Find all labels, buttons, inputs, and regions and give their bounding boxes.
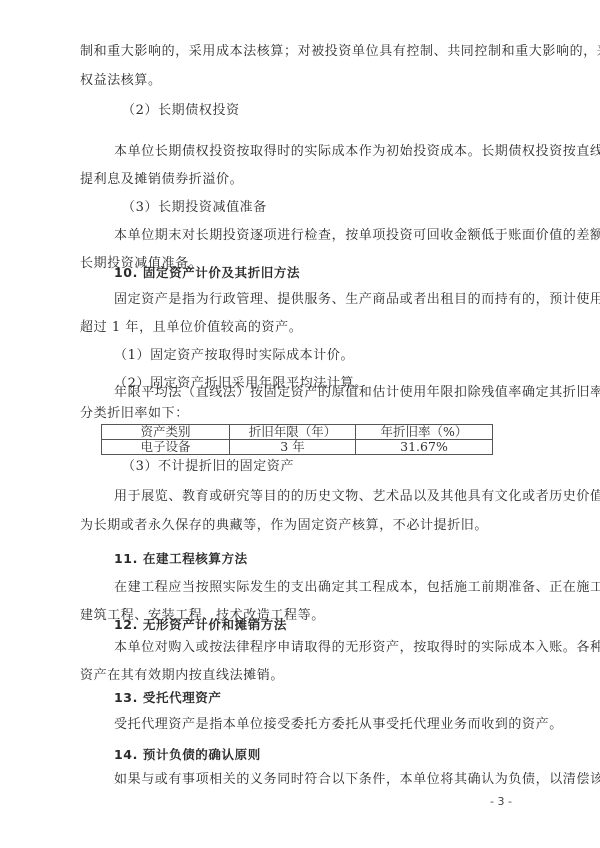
- section-heading-13: 13. 受托代理资产: [114, 690, 554, 706]
- paragraph-line: 受托代理资产是指本单位接受委托方委托从事受托代理业务而收到的资产。: [114, 717, 554, 733]
- paragraph-line: 本单位期末对长期投资逐项进行检查，按单项投资可回收金额低于账面价值的差额计提: [114, 228, 554, 244]
- depreciation-table: 资产类别 折旧年限（年） 年折旧率（%） 电子设备 3 年 31.67%: [101, 424, 493, 455]
- paragraph-line: 如果与或有事项相关的义务同时符合以下条件，本单位将其确认为负债，以清偿该负债: [114, 772, 554, 788]
- section-heading-12: 12. 无形资产计价和摊销方法: [114, 617, 554, 633]
- paragraph-line: 资产在其有效期内按直线法摊销。: [80, 668, 520, 684]
- table-cell: 电子设备: [102, 440, 230, 455]
- paragraph-line: 权益法核算。: [80, 73, 520, 89]
- subsection-title: （3）不计提折旧的固定资产: [122, 459, 562, 475]
- paragraph-line: 为长期或者永久保存的典藏等，作为固定资产核算，不必计提折旧。: [80, 518, 520, 534]
- table-header-cell: 年折旧率（%）: [356, 425, 493, 440]
- paragraph-line: 本单位对购入或按法律程序申请取得的无形资产，按取得时的实际成本入账。各种无形: [114, 640, 554, 656]
- paragraph-line: 制和重大影响的，采用成本法核算；对被投资单位具有控制、共同控制和重大影响的，采用: [80, 44, 520, 60]
- table-cell: 3 年: [230, 440, 356, 455]
- page-number: - 3 -: [490, 795, 512, 808]
- table-cell: 31.67%: [356, 440, 493, 455]
- subsection-title: （3）长期投资减值准备: [122, 200, 562, 216]
- paragraph-line: （1）固定资产按取得时实际成本计价。: [114, 348, 554, 364]
- table-header-cell: 资产类别: [102, 425, 230, 440]
- table-header-cell: 折旧年限（年）: [230, 425, 356, 440]
- section-heading-10: 10. 固定资产计价及其折旧方法: [114, 265, 554, 281]
- paragraph-line: 在建工程应当按照实际发生的支出确定其工程成本，包括施工前期准备、正在施工中的: [114, 580, 554, 596]
- paragraph-line: 分类折旧率如下：: [80, 406, 520, 422]
- paragraph-line: 用于展览、教育或研究等目的的历史文物、艺术品以及其他具有文化或者历史价值并作: [114, 489, 554, 505]
- table-header-row: 资产类别 折旧年限（年） 年折旧率（%）: [102, 425, 493, 440]
- section-heading-11: 11. 在建工程核算方法: [114, 551, 554, 567]
- paragraph-line: 本单位长期债权投资按取得时的实际成本作为初始投资成本。长期债权投资按直线法计: [114, 144, 554, 160]
- paragraph-line: 固定资产是指为行政管理、提供服务、生产商品或者出租目的而持有的，预计使用年限: [114, 292, 554, 308]
- paragraph-line: 年限平均法（直线法）按固定资产的原值和估计使用年限扣除残值率确定其折旧率，年: [114, 385, 554, 401]
- section-heading-14: 14. 预计负债的确认原则: [114, 747, 554, 763]
- paragraph-line: 提利息及摊销债券折溢价。: [80, 172, 520, 188]
- subsection-title: （2）长期债权投资: [122, 103, 562, 119]
- table-row: 电子设备 3 年 31.67%: [102, 440, 493, 455]
- paragraph-line: 超过 1 年，且单位价值较高的资产。: [80, 320, 520, 336]
